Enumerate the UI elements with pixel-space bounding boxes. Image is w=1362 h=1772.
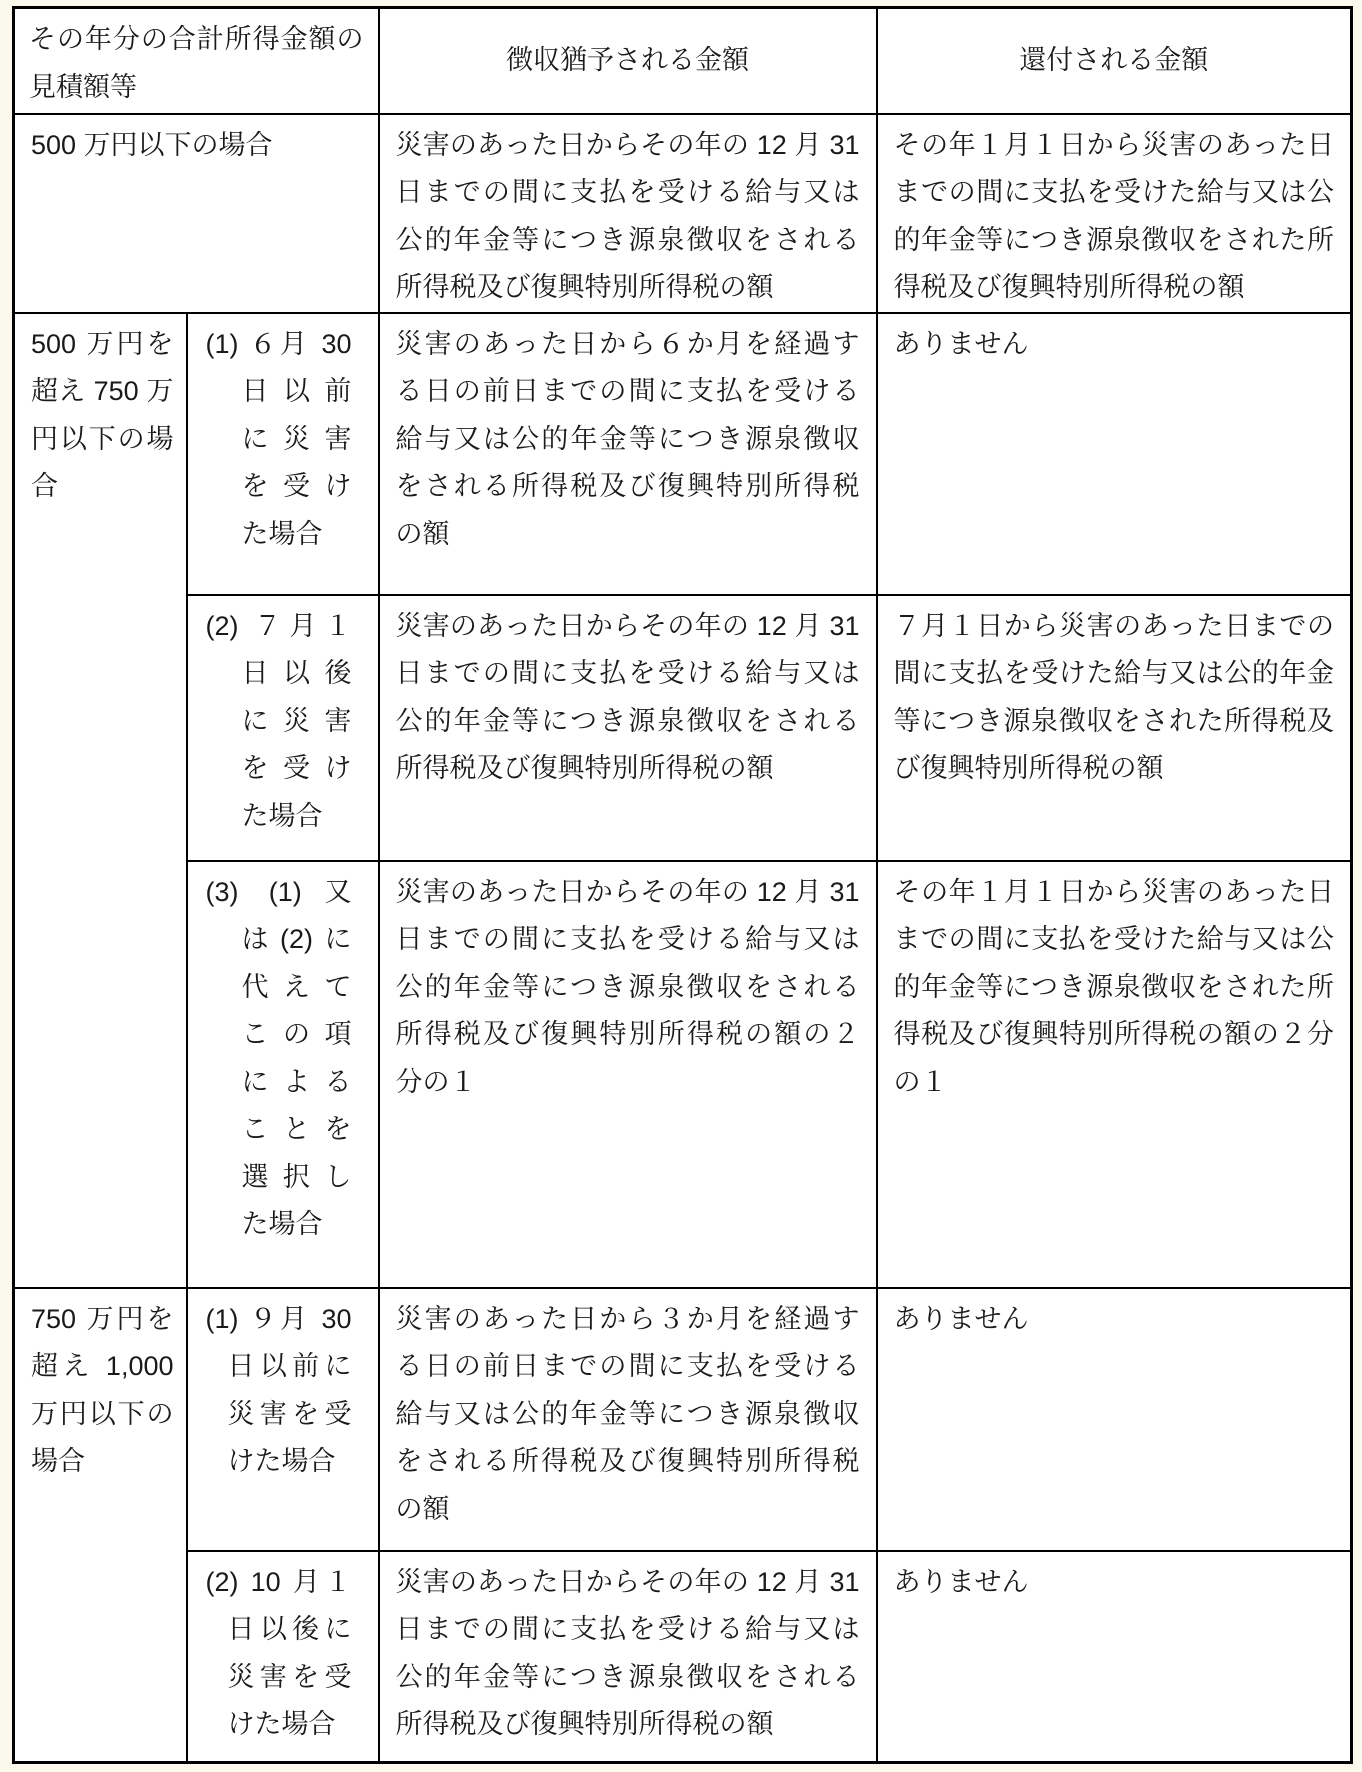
header-row: その年分の合計所得金額の見積額等 徴収猶予される金額 還付される金額 [14, 8, 1352, 114]
case1-deferred-500-750-cell: 災害のあった日から６か月を経過する日の前日までの間に支払を受ける給与又は公的年金… [379, 313, 877, 595]
case2-refund-500-750-cell: ７月１日から災害のあった日までの間に支払を受けた給与又は公的年金等につき源泉徴収… [877, 595, 1352, 861]
case3-deferred-500-750-cell: 災害のあった日からその年の 12 月 31日までの間に支払を受ける給与又は公的年… [379, 861, 877, 1288]
income-under-500-cell: 500 万円以下の場合 [14, 114, 379, 313]
case1-refund-500-750-cell: ありません [877, 313, 1352, 595]
row-500-750-case3: (3) (1)又は(2)に代えてこの項によることを選択した場合 災害のあった日か… [14, 861, 1352, 1288]
case1-deferred-750-1000-cell: 災害のあった日から３か月を経過する日の前日までの間に支払を受ける給与又は公的年金… [379, 1288, 877, 1551]
case2-deferred-750-1000-cell: 災害のあった日からその年の 12 月 31日までの間に支払を受ける給与又は公的年… [379, 1551, 877, 1763]
income-750-1000-cell: 750 万円を超え 1,000万円以下の場合 [14, 1288, 187, 1763]
tax-deferral-refund-table: その年分の合計所得金額の見積額等 徴収猶予される金額 還付される金額 500 万… [12, 6, 1353, 1764]
case2-refund-750-1000-cell: ありません [877, 1551, 1352, 1763]
case1-refund-750-1000-cell: ありません [877, 1288, 1352, 1551]
case2-label-500-750-cell: (2) ７月１日以後に災害を受けた場合 [187, 595, 379, 861]
row-500-750-case1: 500 万円を超え 750 万円以下の場合 (1) ６月 30日以前に災害を受け… [14, 313, 1352, 595]
row-500-750-case2: (2) ７月１日以後に災害を受けた場合 災害のあった日からその年の 12 月 3… [14, 595, 1352, 861]
row-under-500: 500 万円以下の場合 災害のあった日からその年の 12 月 31日までの間に支… [14, 114, 1352, 313]
case3-label-500-750-cell: (3) (1)又は(2)に代えてこの項によることを選択した場合 [187, 861, 379, 1288]
refund-under-500-cell: その年１月１日から災害のあった日までの間に支払を受けた給与又は公的年金等につき源… [877, 114, 1352, 313]
income-500-750-cell: 500 万円を超え 750 万円以下の場合 [14, 313, 187, 1288]
case1-label-500-750-cell: (1) ６月 30日以前に災害を受けた場合 [187, 313, 379, 595]
case2-deferred-500-750-cell: 災害のあった日からその年の 12 月 31日までの間に支払を受ける給与又は公的年… [379, 595, 877, 861]
header-refund-amount: 還付される金額 [877, 8, 1352, 114]
row-750-1000-case1: 750 万円を超え 1,000万円以下の場合 (1) ９月 30日以前に災害を受… [14, 1288, 1352, 1551]
case1-label-750-1000-cell: (1) ９月 30日以前に災害を受けた場合 [187, 1288, 379, 1551]
case3-refund-500-750-cell: その年１月１日から災害のあった日までの間に支払を受けた給与又は公的年金等につき源… [877, 861, 1352, 1288]
header-income-estimate: その年分の合計所得金額の見積額等 [14, 8, 379, 114]
deferred-under-500-cell: 災害のあった日からその年の 12 月 31日までの間に支払を受ける給与又は公的年… [379, 114, 877, 313]
case2-label-750-1000-cell: (2) 10 月１日以後に災害を受けた場合 [187, 1551, 379, 1763]
document-page: その年分の合計所得金額の見積額等 徴収猶予される金額 還付される金額 500 万… [0, 0, 1362, 1772]
row-750-1000-case2: (2) 10 月１日以後に災害を受けた場合 災害のあった日からその年の 12 月… [14, 1551, 1352, 1763]
header-deferred-amount: 徴収猶予される金額 [379, 8, 877, 114]
